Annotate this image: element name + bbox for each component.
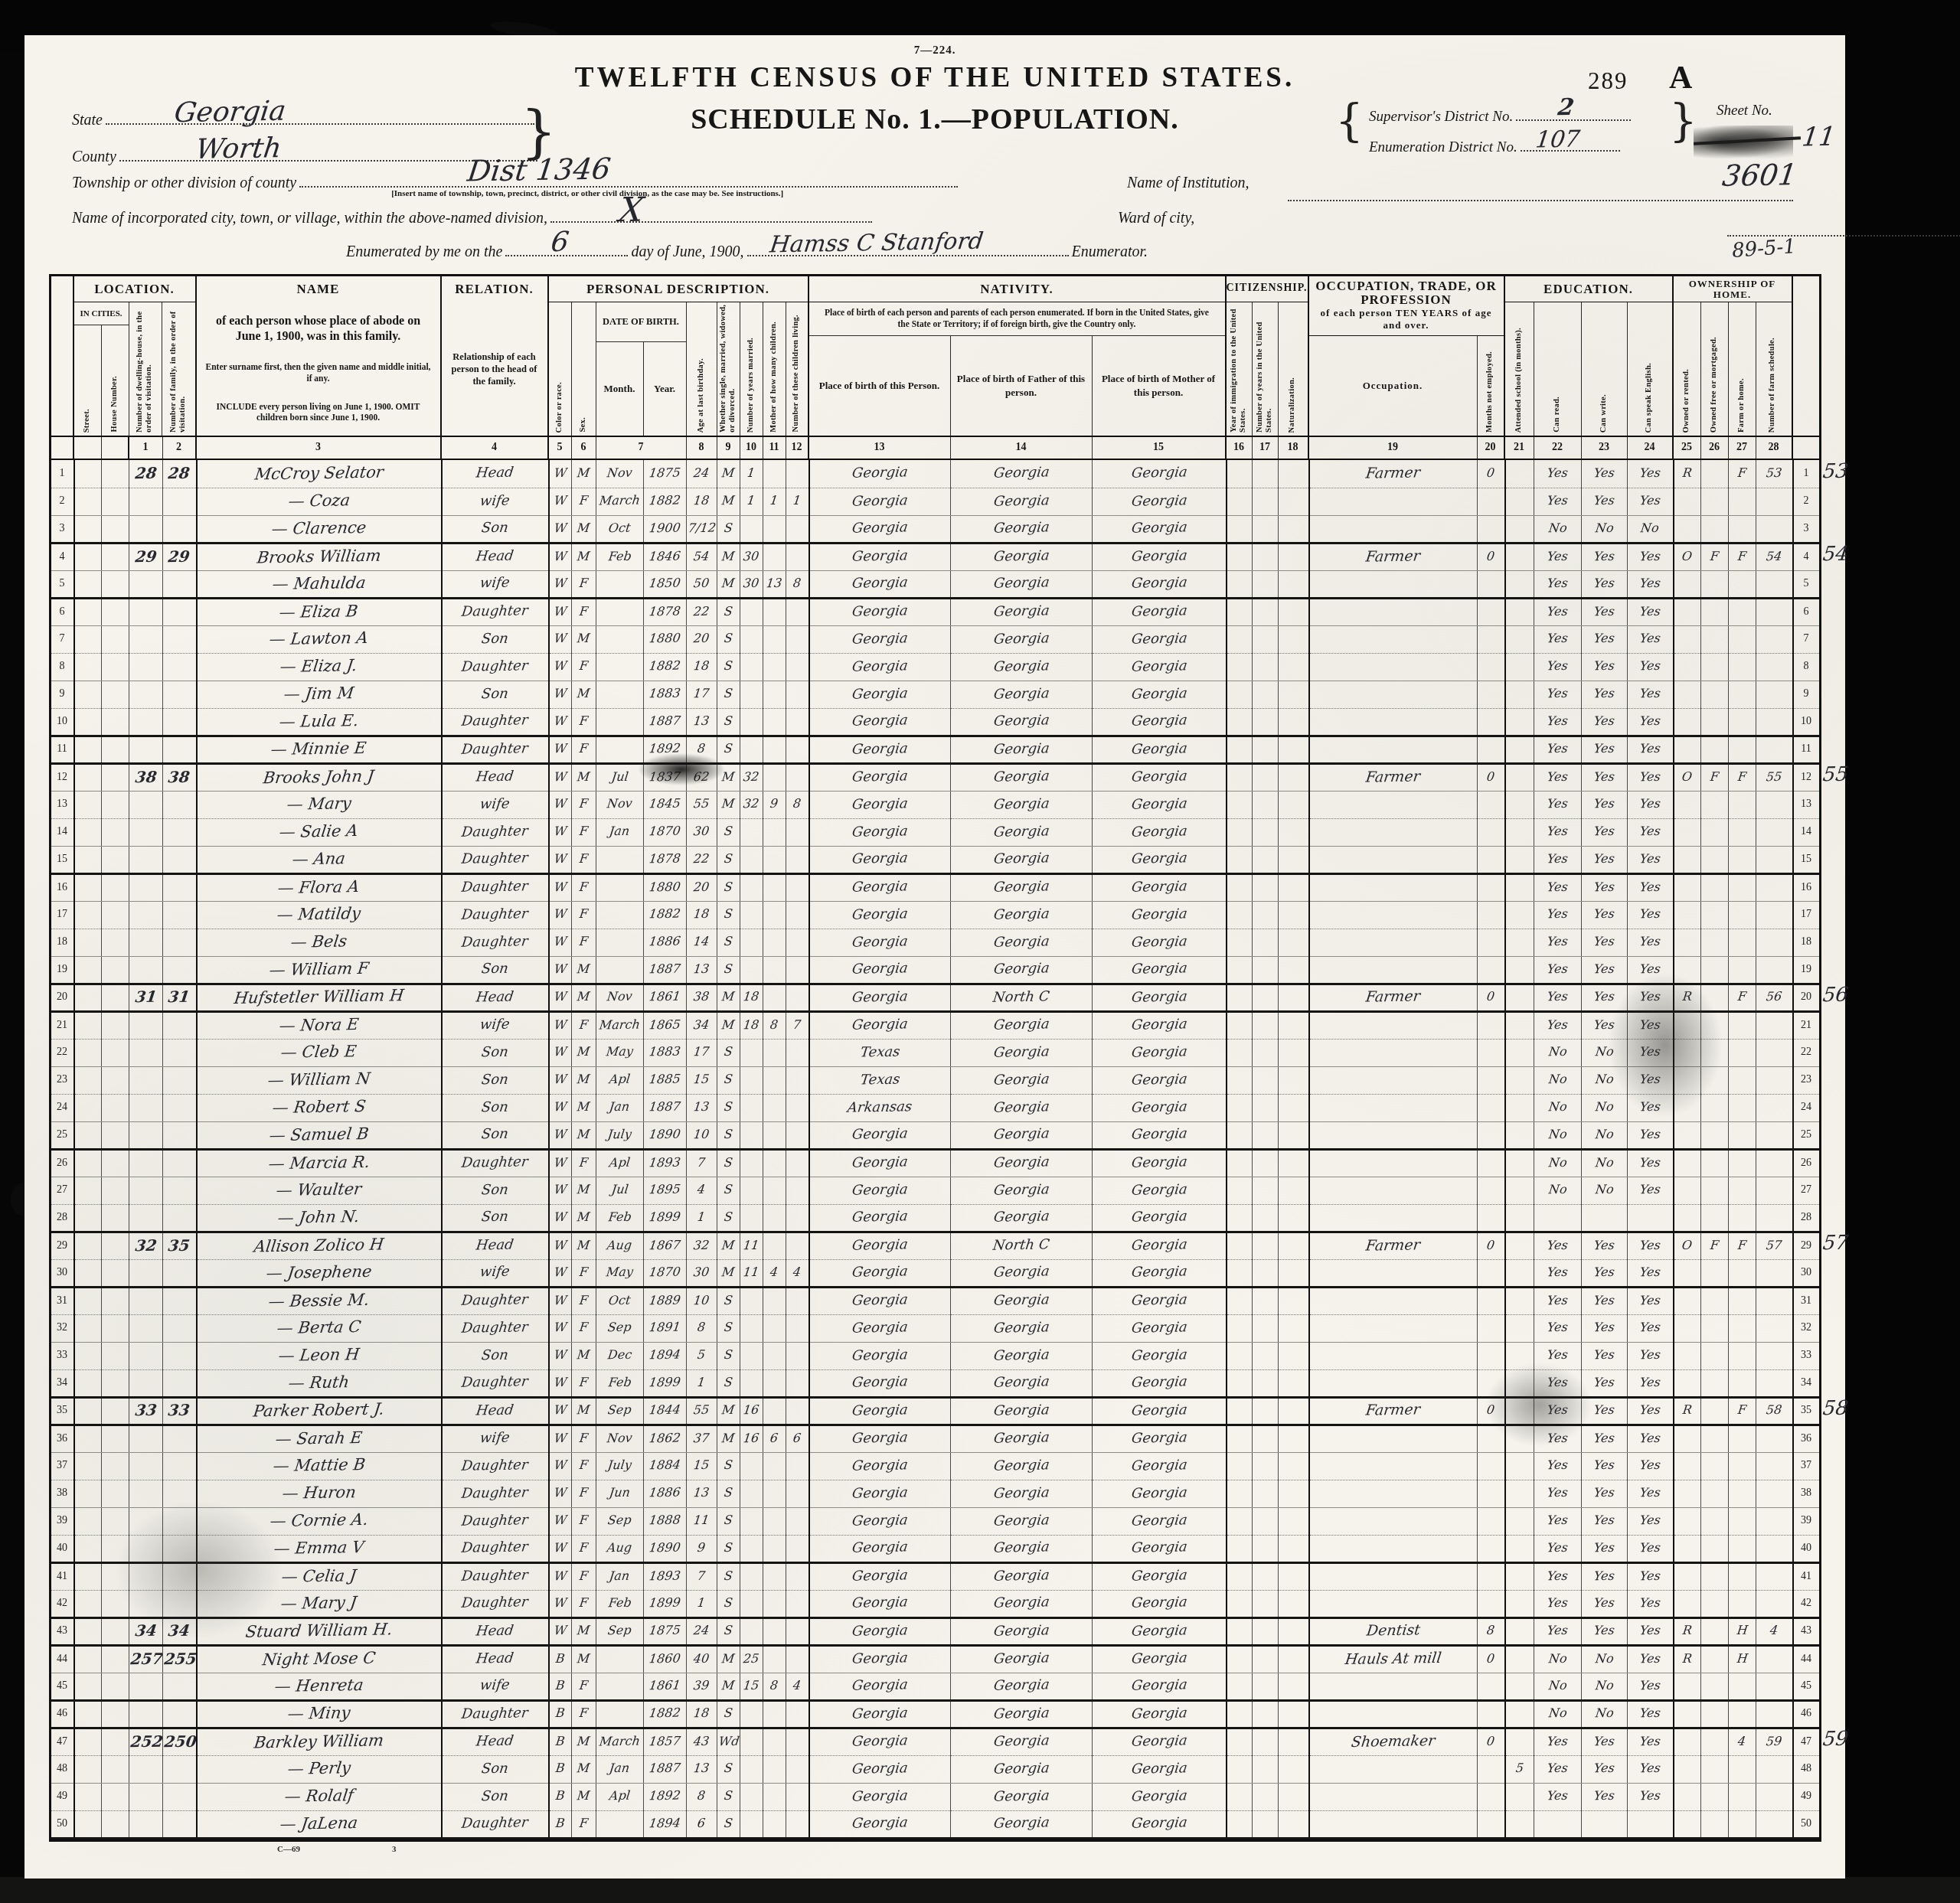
can-write-value: Yes	[1593, 1349, 1615, 1361]
house-number	[102, 1645, 129, 1673]
person-name-value: — Eliza B	[279, 603, 359, 621]
relation-value: Son	[481, 1128, 509, 1142]
marital-status-value: S	[724, 962, 733, 974]
immigration-year	[1227, 763, 1253, 791]
table-row: 44257255Night Mose CHeadBM186040M25Georg…	[51, 1645, 1819, 1673]
col-school-label: Attended school (in months).	[1514, 328, 1524, 432]
group-personal-title: PERSONAL DESCRIPTION.	[549, 276, 808, 302]
years-married: 1	[740, 460, 763, 488]
relation: Son	[442, 681, 549, 708]
line-number-right: 49	[1793, 1783, 1819, 1810]
birthplace: Georgia	[809, 460, 951, 488]
col-farm-home-label: Farm or home.	[1737, 378, 1746, 432]
can-write: Yes	[1582, 1425, 1628, 1452]
years-married	[740, 901, 763, 929]
mother-birthplace: Georgia	[1093, 1011, 1227, 1039]
sex-value: M	[577, 1790, 590, 1802]
father-birthplace-value: Georgia	[993, 1320, 1050, 1335]
occupation	[1309, 708, 1478, 736]
group-location: LOCATION. IN CITIES. Street. House Numbe…	[74, 276, 197, 436]
marital-status: M	[717, 1232, 740, 1259]
birth-month: Sep	[596, 1507, 644, 1535]
person-name-value: Night Mose C	[261, 1650, 376, 1668]
table-row: 8— Eliza J.DaughterWF188218SGeorgiaGeorg…	[51, 653, 1819, 681]
owned-or-rented-value: O	[1681, 550, 1693, 562]
house-number	[102, 736, 129, 763]
naturalization	[1279, 1425, 1309, 1452]
can-write: No	[1582, 1177, 1628, 1204]
occupation	[1309, 1011, 1478, 1039]
birth-month: Jul	[596, 1177, 644, 1204]
birth-year-value: 1875	[648, 466, 681, 479]
birth-month-value: Sep	[607, 1321, 632, 1334]
marital-status-value: S	[724, 1210, 733, 1222]
farm-schedule	[1756, 1039, 1793, 1066]
attended-school	[1505, 1094, 1534, 1121]
mother-birthplace-value: Georgia	[1130, 1017, 1187, 1032]
mother-birthplace-value: Georgia	[1130, 549, 1187, 563]
house-number	[102, 1369, 129, 1397]
color-race: B	[549, 1783, 572, 1810]
mother-of-children	[763, 901, 786, 929]
years-married	[740, 1121, 763, 1149]
marital-status-value: M	[721, 770, 735, 782]
can-speak-english: Yes	[1628, 1783, 1674, 1810]
mother-birthplace: Georgia	[1093, 984, 1227, 1011]
color-race-value: W	[554, 770, 567, 782]
person-name-value: — Leon H	[277, 1346, 360, 1364]
birthplace: Georgia	[809, 763, 951, 791]
birthplace-value: Georgia	[851, 1734, 909, 1748]
mother-birthplace-value: Georgia	[1130, 1706, 1187, 1721]
color-race: W	[549, 460, 572, 488]
dwelling-number	[129, 570, 163, 598]
relation: Son	[442, 1094, 549, 1121]
birthplace-value: Georgia	[851, 466, 909, 481]
marital-status-value: S	[724, 632, 733, 645]
children-living-value: 4	[792, 1265, 802, 1278]
marital-status-value: S	[724, 1707, 733, 1719]
color-race: W	[549, 681, 572, 708]
birth-month: Dec	[596, 1342, 644, 1369]
mother-of-children: 8	[763, 1011, 786, 1039]
column-number: 7	[596, 437, 687, 459]
can-read-value: No	[1548, 1101, 1568, 1113]
farm-schedule	[1756, 1452, 1793, 1480]
age: 37	[687, 1425, 717, 1452]
house-number	[102, 488, 129, 515]
farm-schedule	[1756, 1369, 1793, 1397]
relation-value: Daughter	[461, 1320, 529, 1336]
years-in-us	[1253, 1507, 1279, 1535]
birthplace-value: Georgia	[851, 990, 909, 1004]
birth-year: 1899	[644, 1590, 687, 1617]
farm-or-home	[1729, 1480, 1756, 1507]
children-living	[786, 708, 809, 736]
can-speak-english: Yes	[1628, 1149, 1674, 1177]
enumeration-rule: 107	[1521, 150, 1620, 152]
mother-of-children	[763, 681, 786, 708]
person-name-value: — Marcia R.	[267, 1154, 371, 1171]
owned-or-rented	[1674, 653, 1701, 681]
relation: Daughter	[442, 1149, 549, 1177]
father-birthplace: Georgia	[951, 763, 1093, 791]
mother-of-children: 4	[763, 1259, 786, 1287]
line-number: 8	[51, 653, 74, 681]
can-speak-english-value: Yes	[1639, 1349, 1661, 1361]
family-number	[163, 1783, 197, 1810]
father-birthplace: Georgia	[951, 1507, 1093, 1535]
sex: M	[572, 1783, 596, 1810]
years-married: 32	[740, 763, 763, 791]
months-not-employed	[1478, 1259, 1505, 1287]
color-race: B	[549, 1728, 572, 1755]
birthplace: Texas	[809, 1039, 951, 1066]
birthplace-value: Georgia	[851, 1127, 909, 1141]
immigration-year	[1227, 681, 1253, 708]
can-write: Yes	[1582, 1590, 1628, 1617]
group-nativity: NATIVITY. Place of birth of each person …	[809, 276, 1227, 436]
can-write: Yes	[1582, 929, 1628, 956]
birthplace: Georgia	[809, 1425, 951, 1452]
free-or-mortgaged	[1701, 929, 1729, 956]
sex: M	[572, 1232, 596, 1259]
relation-value: wife	[479, 1679, 511, 1693]
birthplace-value: Georgia	[851, 659, 909, 674]
marital-status-value: S	[724, 880, 733, 893]
immigration-year	[1227, 708, 1253, 736]
ink-smear-artifact	[639, 754, 724, 785]
relation-value: wife	[479, 797, 511, 811]
day-rule: 6	[505, 255, 628, 256]
months-not-employed-value: 0	[1486, 1239, 1495, 1251]
dob-title: DATE OF BIRTH.	[596, 302, 686, 342]
can-read	[1534, 1810, 1582, 1838]
can-write: Yes	[1582, 763, 1628, 791]
house-number	[102, 1507, 129, 1535]
birth-year-value: 1889	[648, 1294, 681, 1307]
street	[74, 598, 102, 625]
free-or-mortgaged	[1701, 1259, 1729, 1287]
can-read-value: No	[1548, 1679, 1568, 1691]
birthplace: Georgia	[809, 1232, 951, 1259]
state-rule: Georgia	[106, 123, 534, 125]
relation-value: Son	[481, 1210, 509, 1225]
street	[74, 1617, 102, 1645]
occupation	[1309, 1425, 1478, 1452]
birthplace-value: Georgia	[851, 1348, 909, 1363]
column-number-row: 1234567891011121314151617181920212223242…	[51, 437, 1819, 460]
immigration-year	[1227, 1094, 1253, 1121]
birthplace-value: Georgia	[851, 935, 909, 949]
marital-status-value: S	[724, 1294, 733, 1306]
occupation-note: of each person TEN YEARS of age and over…	[1311, 307, 1502, 332]
immigration-year	[1227, 1590, 1253, 1617]
birth-month: Aug	[596, 1232, 644, 1259]
birthplace: Georgia	[809, 1452, 951, 1480]
can-read: No	[1534, 1066, 1582, 1094]
relation: Daughter	[442, 1810, 549, 1838]
person-name: — William F	[197, 956, 442, 984]
free-or-mortgaged	[1701, 1673, 1729, 1700]
house-number	[102, 460, 129, 488]
line-number: 9	[51, 681, 74, 708]
age: 10	[687, 1287, 717, 1314]
line-number: 47	[51, 1728, 74, 1755]
person-name-value: Barkley William	[253, 1732, 385, 1751]
enumeration-value: 107	[1534, 129, 1581, 152]
relation-value: Daughter	[461, 1513, 529, 1529]
family-number	[163, 1755, 197, 1783]
mother-birthplace: Georgia	[1093, 1728, 1227, 1755]
mother-of-children	[763, 1562, 786, 1590]
color-race-value: B	[555, 1652, 566, 1664]
years-married	[740, 929, 763, 956]
children-living	[786, 681, 809, 708]
farm-schedule	[1756, 598, 1793, 625]
years-in-us	[1253, 1617, 1279, 1645]
col-farm-home: Farm or home.	[1729, 302, 1756, 436]
months-not-employed	[1478, 901, 1505, 929]
birthplace-value: Texas	[859, 1045, 900, 1059]
person-name-value: — Henreta	[273, 1676, 364, 1694]
can-read: Yes	[1534, 1452, 1582, 1480]
birth-year: 1867	[644, 1232, 687, 1259]
mother-birthplace-value: Georgia	[1130, 1265, 1187, 1279]
marital-status: M	[717, 1673, 740, 1700]
color-race-value: W	[554, 1239, 567, 1251]
farm-schedule	[1756, 1645, 1793, 1673]
relation-value: Son	[481, 1348, 509, 1363]
father-birthplace: Georgia	[951, 488, 1093, 515]
family-number	[163, 1673, 197, 1700]
can-speak-english: Yes	[1628, 1121, 1674, 1149]
birth-year: 1887	[644, 956, 687, 984]
father-birthplace-value: Georgia	[993, 1209, 1050, 1224]
county-line: County Worth	[72, 149, 537, 166]
color-race-value: W	[554, 1101, 567, 1113]
can-speak-english-value: Yes	[1639, 770, 1661, 782]
sex-value: F	[579, 1018, 589, 1030]
line-number-right: 46	[1793, 1700, 1819, 1728]
free-or-mortgaged	[1701, 1617, 1729, 1645]
street	[74, 1011, 102, 1039]
sex-value: F	[579, 1679, 589, 1691]
group-nativity-title: NATIVITY.	[809, 276, 1225, 302]
street	[74, 818, 102, 846]
mother-birthplace-value: Georgia	[1130, 1568, 1187, 1583]
marital-status-value: S	[724, 1349, 733, 1361]
line-number-right: 43	[1793, 1617, 1819, 1645]
years-in-us	[1253, 763, 1279, 791]
age-value: 38	[693, 991, 710, 1003]
father-birthplace-value: Georgia	[993, 604, 1050, 619]
birth-month: Nov	[596, 1425, 644, 1452]
months-not-employed	[1478, 1066, 1505, 1094]
relation: Head	[442, 763, 549, 791]
can-write-value: Yes	[1593, 962, 1615, 974]
can-speak-english: Yes	[1628, 846, 1674, 873]
owned-or-rented-value: R	[1682, 467, 1693, 479]
color-race: W	[549, 1369, 572, 1397]
children-living	[786, 653, 809, 681]
free-or-mortgaged	[1701, 1755, 1729, 1783]
birth-month: March	[596, 488, 644, 515]
father-birthplace: Georgia	[951, 956, 1093, 984]
street	[74, 681, 102, 708]
can-read	[1534, 1204, 1582, 1232]
street	[74, 1507, 102, 1535]
father-birthplace: Georgia	[951, 1700, 1093, 1728]
owned-or-rented	[1674, 1507, 1701, 1535]
owned-or-rented	[1674, 488, 1701, 515]
birth-month: Aug	[596, 1535, 644, 1562]
farm-or-home	[1729, 1755, 1756, 1783]
father-birthplace: Georgia	[951, 1066, 1093, 1094]
can-speak-english: Yes	[1628, 1700, 1674, 1728]
attended-school	[1505, 625, 1534, 653]
birth-month: Jun	[596, 1480, 644, 1507]
age: 24	[687, 1617, 717, 1645]
person-name-value: — Nora E	[278, 1017, 359, 1034]
birth-month-value: Nov	[606, 991, 633, 1004]
mother-birthplace-value: Georgia	[1130, 576, 1187, 590]
birth-year-value: 1880	[648, 632, 681, 645]
can-write-value: No	[1595, 1128, 1615, 1140]
column-number: 16	[1227, 437, 1253, 459]
owned-or-rented	[1674, 1755, 1701, 1783]
line-number-right: 23	[1793, 1066, 1819, 1094]
naturalization	[1279, 984, 1309, 1011]
can-read: Yes	[1534, 873, 1582, 901]
age-value: 10	[693, 1294, 710, 1306]
house-number	[102, 1177, 129, 1204]
table-row: 6— Eliza BDaughterWF187822SGeorgiaGeorgi…	[51, 598, 1819, 625]
father-birthplace-value: Georgia	[993, 1761, 1050, 1776]
months-not-employed-value: 0	[1486, 1735, 1495, 1747]
marital-status-value: S	[724, 687, 733, 700]
age-value: 55	[693, 798, 710, 810]
color-race-value: W	[554, 1294, 567, 1306]
township-rule: Dist 1346 [Insert name of township, town…	[299, 186, 958, 188]
mother-birthplace-value: Georgia	[1130, 824, 1187, 839]
age-value: 15	[693, 1073, 710, 1085]
owned-or-rented	[1674, 1590, 1701, 1617]
person-name-value: — Mahulda	[271, 574, 366, 592]
birthplace: Arkansas	[809, 1094, 951, 1121]
farm-or-home	[1729, 1700, 1756, 1728]
signature-rule: Hamss C Stanford	[747, 255, 1069, 256]
months-not-employed	[1478, 1783, 1505, 1810]
mother-birthplace-value: Georgia	[1130, 907, 1187, 922]
col-months-label: Months not employed.	[1485, 351, 1494, 432]
color-race: W	[549, 846, 572, 873]
name-note-1: of each person whose place of abode on J…	[204, 314, 433, 344]
marital-status: M	[717, 1397, 740, 1425]
occupation	[1309, 625, 1478, 653]
marital-status-value: M	[721, 1018, 735, 1030]
sex-value: M	[577, 1210, 590, 1222]
birthplace: Georgia	[809, 1535, 951, 1562]
naturalization	[1279, 488, 1309, 515]
person-name: — Lawton A	[197, 625, 442, 653]
farm-or-home	[1729, 1011, 1756, 1039]
farm-schedule	[1756, 791, 1793, 818]
occupation: Farmer	[1309, 460, 1478, 488]
city-value: X	[617, 194, 645, 228]
occupation-value: Farmer	[1365, 1402, 1421, 1418]
naturalization	[1279, 1094, 1309, 1121]
footer-code: C—69	[277, 1845, 300, 1854]
attended-school	[1505, 1728, 1534, 1755]
owned-or-rented	[1674, 681, 1701, 708]
dwelling-number	[129, 515, 163, 543]
family-number: 250	[163, 1728, 197, 1755]
attended-school	[1505, 1617, 1534, 1645]
father-birthplace: Georgia	[951, 1728, 1093, 1755]
naturalization	[1279, 460, 1309, 488]
farm-or-home-value: F	[1737, 550, 1747, 562]
can-write-value: Yes	[1593, 605, 1615, 617]
can-read: Yes	[1534, 1617, 1582, 1645]
marital-status: S	[717, 1783, 740, 1810]
state-line: State Georgia	[72, 112, 534, 129]
birth-month-value: Jan	[609, 1569, 630, 1581]
father-birthplace: Georgia	[951, 846, 1093, 873]
owned-or-rented	[1674, 1314, 1701, 1342]
line-number: 18	[51, 929, 74, 956]
family-number-value: 28	[168, 465, 191, 481]
corner-note: 89-5-1	[1731, 237, 1796, 261]
free-or-mortgaged	[1701, 515, 1729, 543]
can-write	[1582, 1810, 1628, 1838]
color-race: W	[549, 1452, 572, 1480]
naturalization	[1279, 1535, 1309, 1562]
relation-value: Son	[481, 632, 509, 646]
birthplace: Georgia	[809, 956, 951, 984]
color-race-value: W	[554, 550, 567, 562]
can-speak-english-value: Yes	[1639, 1735, 1661, 1747]
family-number	[163, 1149, 197, 1177]
sex: F	[572, 1700, 596, 1728]
children-living	[786, 1810, 809, 1838]
birth-year: 1860	[644, 1645, 687, 1673]
years-in-us	[1253, 460, 1279, 488]
birthplace: Georgia	[809, 1810, 951, 1838]
attended-school: 5	[1505, 1755, 1534, 1783]
line-number-right: 25	[1793, 1121, 1819, 1149]
table-row: 23— William NSonWMApl188515STexasGeorgia…	[51, 1066, 1819, 1094]
children-living	[786, 1783, 809, 1810]
birthplace-value: Georgia	[851, 1403, 909, 1418]
naturalization	[1279, 1259, 1309, 1287]
table-row: 16— Flora ADaughterWF188020SGeorgiaGeorg…	[51, 873, 1819, 901]
col-immigration-label: Year of immigration to the United States…	[1230, 304, 1248, 432]
farm-or-home-value: F	[1737, 467, 1747, 479]
color-race-value: W	[554, 1459, 567, 1471]
marital-status-value: S	[724, 714, 733, 726]
can-speak-english-value: No	[1640, 521, 1660, 534]
years-married	[740, 1149, 763, 1177]
years-married-value: 30	[743, 550, 759, 562]
immigration-year	[1227, 1700, 1253, 1728]
occupation: Farmer	[1309, 543, 1478, 570]
farm-schedule	[1756, 929, 1793, 956]
mother-birthplace: Georgia	[1093, 1066, 1227, 1094]
years-in-us	[1253, 1039, 1279, 1066]
years-married	[740, 1755, 763, 1783]
person-name: — Flora A	[197, 873, 442, 901]
